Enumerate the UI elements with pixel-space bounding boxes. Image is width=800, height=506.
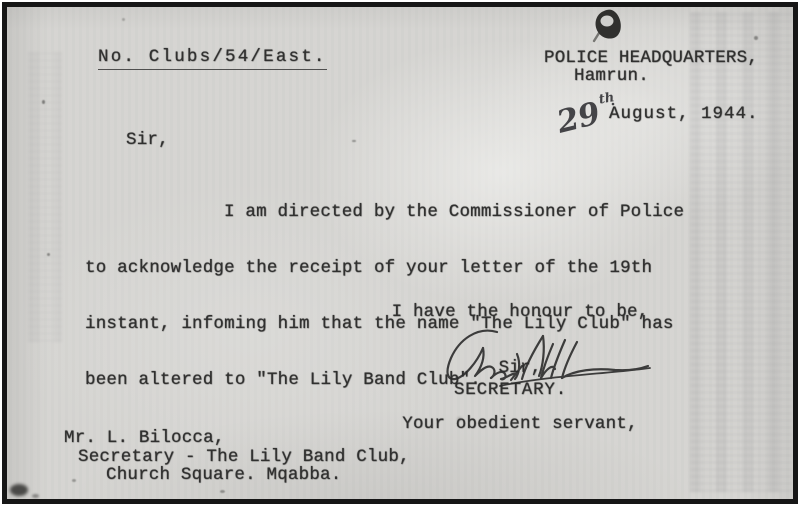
paper-speck bbox=[122, 18, 125, 21]
salutation: Sir, bbox=[126, 131, 169, 150]
scanned-letter-photo: No. Clubs/54/East. POLICE HEADQUARTERS, … bbox=[0, 0, 800, 506]
letterhead-organization: POLICE HEADQUARTERS, bbox=[544, 49, 758, 68]
reference-number-text: No. Clubs/54/East. bbox=[98, 47, 327, 70]
body-line: I am directed by the Commissioner of Pol… bbox=[85, 203, 684, 222]
recipient-name: Mr. L. Bilocca, bbox=[64, 429, 225, 448]
reference-number: No. Clubs/54/East. bbox=[98, 48, 327, 67]
letter-paper: No. Clubs/54/East. POLICE HEADQUARTERS, … bbox=[2, 2, 798, 504]
typed-date: August, 1944. bbox=[609, 105, 759, 124]
paper-speck bbox=[47, 253, 50, 256]
recipient-role: Secretary - The Lily Band Club, bbox=[78, 448, 410, 467]
closing-line: Your obedient servant, bbox=[332, 415, 708, 434]
signature-script bbox=[425, 324, 660, 396]
ink-blot bbox=[590, 6, 626, 46]
paper-speck bbox=[220, 490, 225, 493]
recipient-address: Church Square. Mqabba. bbox=[106, 466, 341, 485]
paper-speck bbox=[754, 36, 758, 40]
paper-speck bbox=[72, 479, 76, 482]
closing-line: I have the honour to be, bbox=[332, 303, 708, 322]
handwritten-date-day: 29 th bbox=[549, 88, 621, 144]
paper-smudge bbox=[32, 494, 39, 498]
showthrough-text-left bbox=[28, 52, 62, 342]
paper-smudge bbox=[10, 484, 28, 496]
letterhead-location: Hamrun. bbox=[574, 67, 649, 86]
handwritten-day-text: 29 bbox=[552, 95, 604, 141]
paper-speck bbox=[42, 100, 45, 104]
paper-speck bbox=[352, 140, 356, 142]
